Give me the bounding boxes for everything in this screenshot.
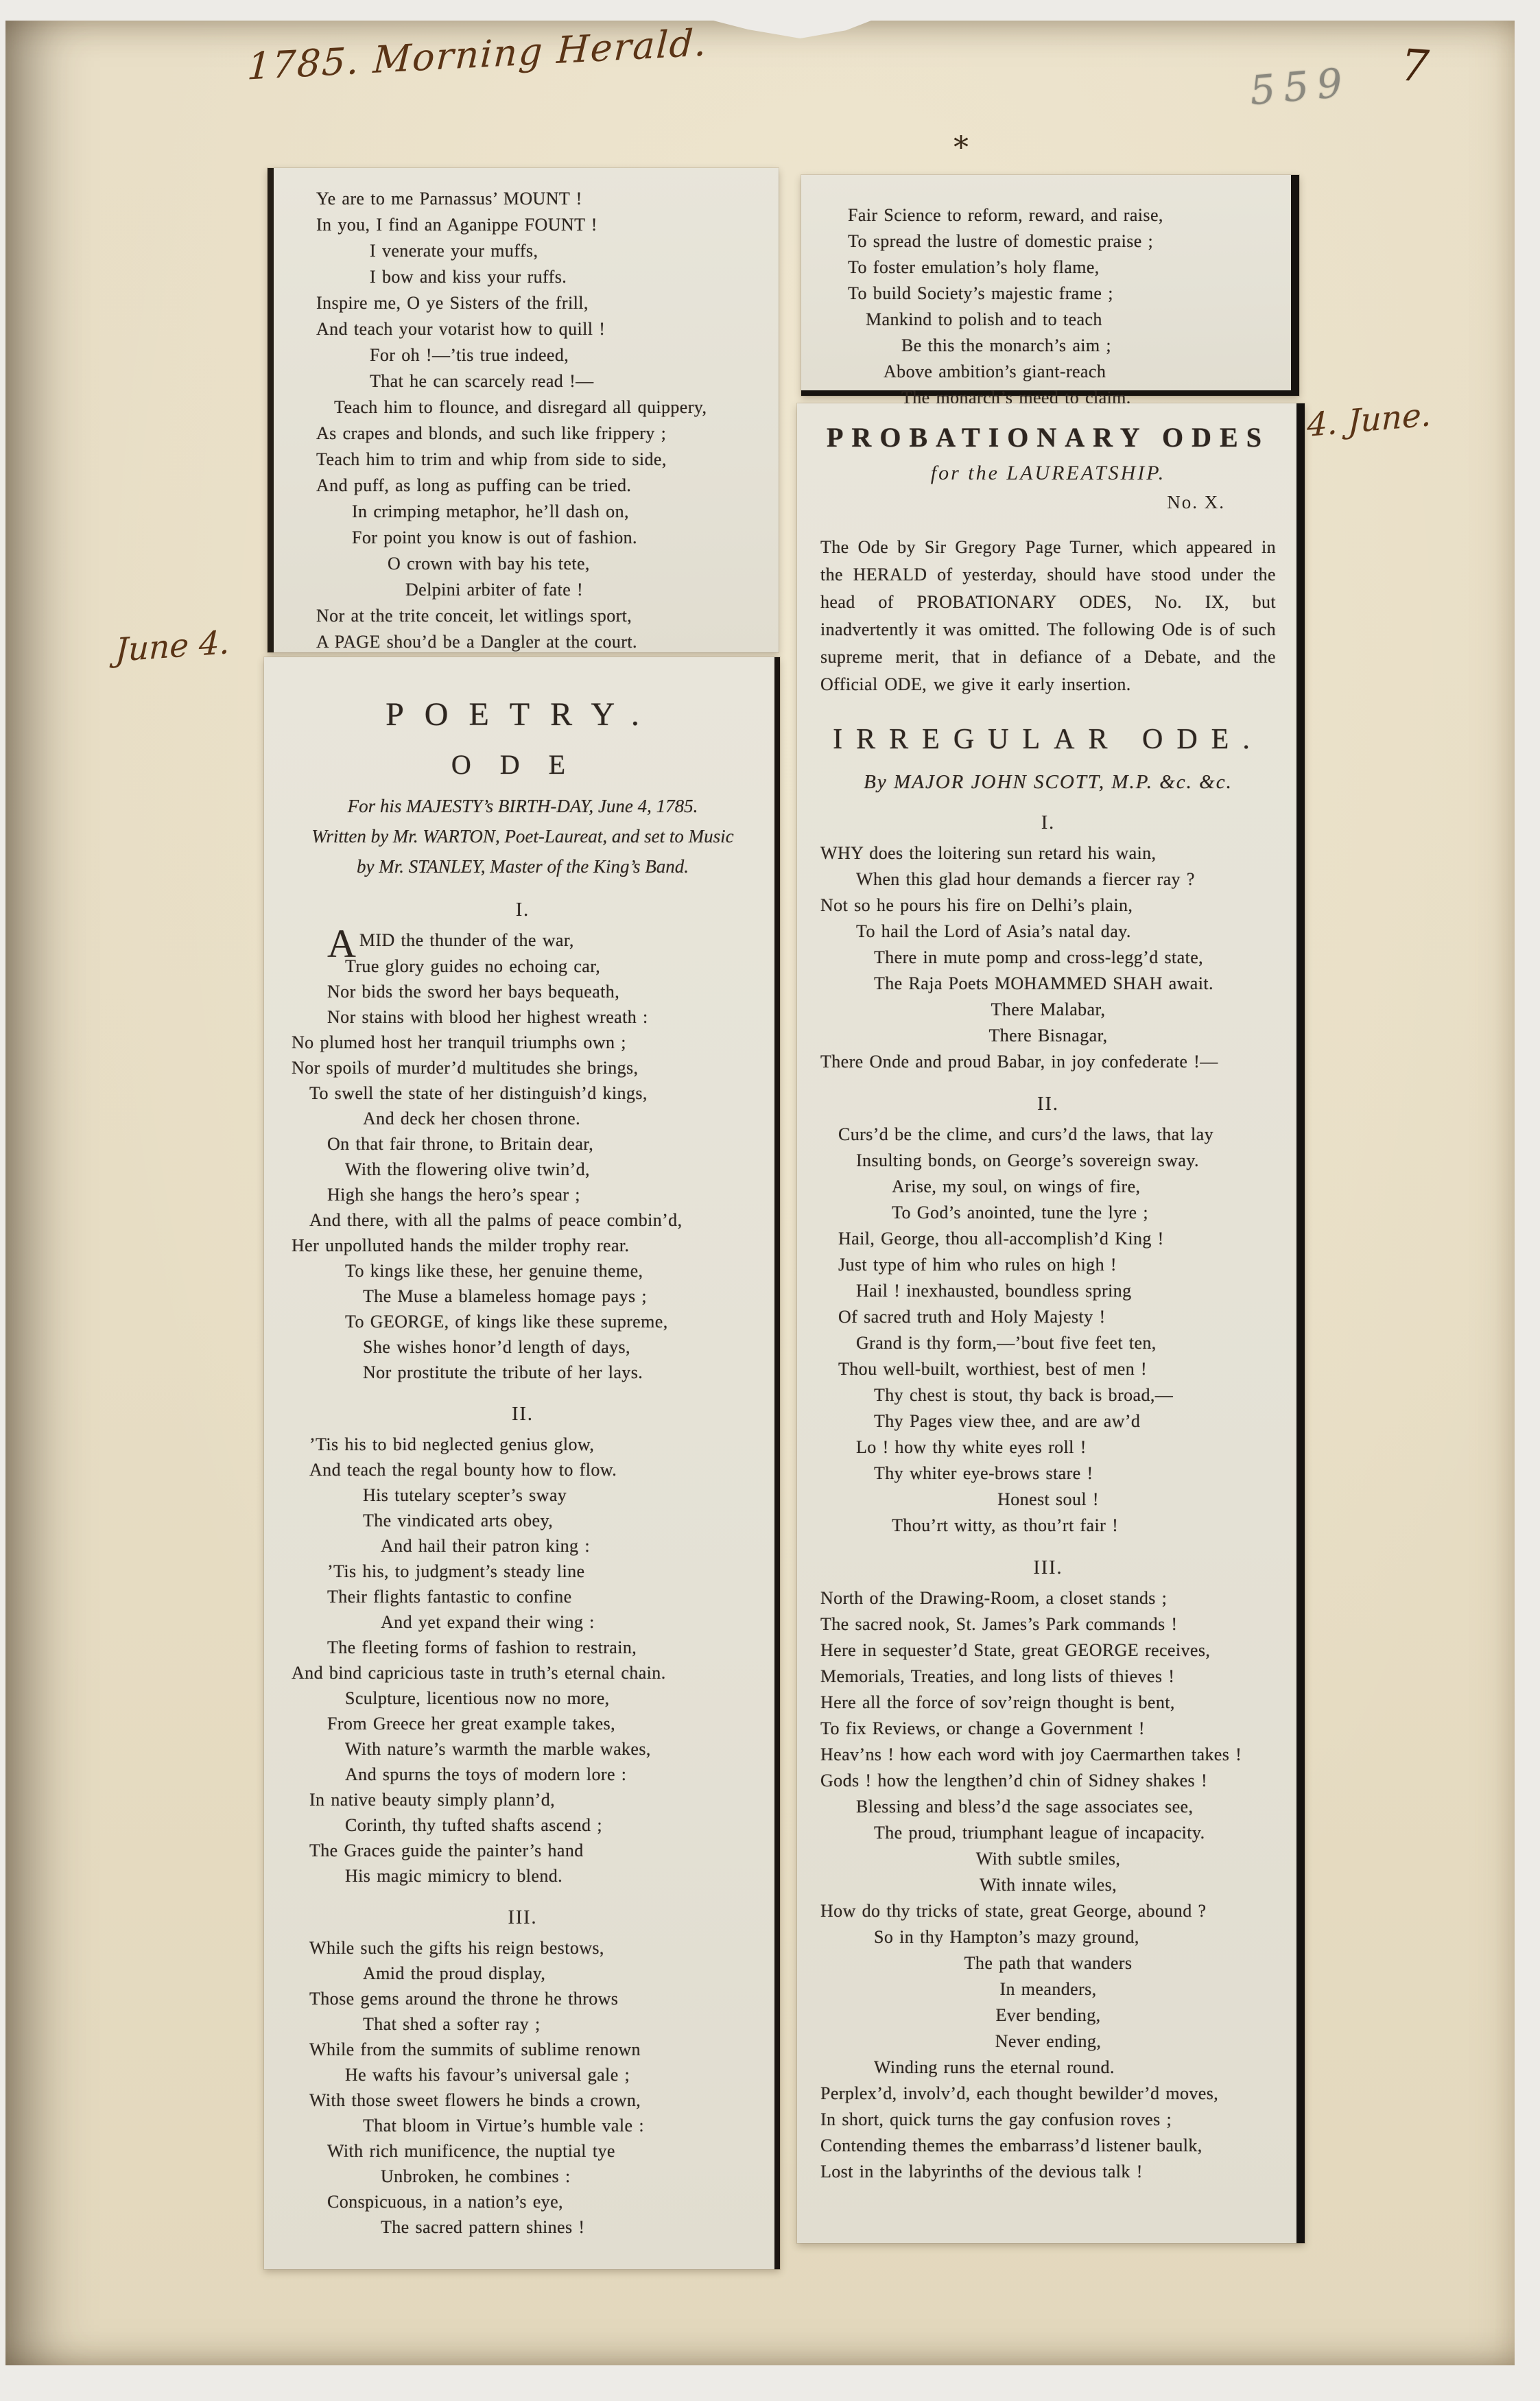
poem-line: With nature’s warmth the marble wakes,: [292, 1736, 754, 1762]
poem-line: With innate wiles,: [820, 1872, 1276, 1898]
poem-line: Mankind to polish and to teach: [830, 307, 1291, 333]
poem-line: Delpini arbiter of fate !: [298, 577, 779, 603]
poem-line: To swell the state of her distinguish’d …: [292, 1080, 754, 1106]
poem-line: And yet expand their wing :: [292, 1609, 754, 1635]
ode-title: IRREGULAR ODE.: [820, 723, 1276, 756]
poem-line: The vindicated arts obey,: [292, 1508, 754, 1533]
poem-line: There in mute pomp and cross-legg’d stat…: [820, 945, 1276, 971]
poem-line: Teach him to trim and whip from side to …: [298, 447, 779, 473]
clipping-fair-science-poem: Fair Science to reform, reward, and rais…: [801, 175, 1299, 396]
clipping-subtitle: for the LAUREATSHIP.: [820, 462, 1276, 485]
poem-line: And hail their patron king :: [292, 1533, 754, 1559]
poem-line: And puff, as long as puffing can be trie…: [298, 473, 779, 499]
poem-line: Nor prostitute the tribute of her lays.: [292, 1360, 754, 1385]
poem-line: Contending themes the embarrass’d listen…: [820, 2133, 1276, 2159]
poem-line: His magic mimicry to blend.: [292, 1863, 754, 1889]
poem-line: Never ending,: [820, 2029, 1276, 2055]
poem-line: Winding runs the eternal round.: [820, 2055, 1276, 2081]
poem-line: And deck her chosen throne.: [292, 1106, 754, 1131]
poem-line: The Muse a blameless homage pays ;: [292, 1284, 754, 1309]
poem-line: AMID the thunder of the war,: [292, 927, 754, 954]
poem-line: Grand is thy form,—’bout five feet ten,: [820, 1330, 1276, 1356]
poem-line: Ye are to me Parnassus’ MOUNT !: [298, 186, 779, 212]
scrapbook-scan: { "annotations": { "year_title": "1785. …: [0, 0, 1540, 2401]
poem-line: Memorials, Treaties, and long lists of t…: [820, 1664, 1276, 1690]
poem-line: Hail, George, thou all-accomplish’d King…: [820, 1226, 1276, 1252]
poem-line: High she hangs the hero’s spear ;: [292, 1182, 754, 1207]
poem-line: Nor stains with blood her highest wreath…: [292, 1004, 754, 1030]
poem-line: Inspire me, O ye Sisters of the frill,: [298, 290, 779, 316]
poem-line: With subtle smiles,: [820, 1846, 1276, 1872]
poem-line: To spread the lustre of domestic praise …: [830, 228, 1291, 255]
clipping-parnassus-poem: Ye are to me Parnassus’ MOUNT !In you, I…: [268, 168, 779, 652]
poem-line: Teach him to flounce, and disregard all …: [298, 394, 779, 421]
poem-line: Corinth, thy tufted shafts ascend ;: [292, 1812, 754, 1838]
stanza-label: II.: [820, 1094, 1276, 1115]
poem-line: There Malabar,: [820, 997, 1276, 1023]
poem-line: Ever bending,: [820, 2002, 1276, 2029]
poem-line: The sacred nook, St. James’s Park comman…: [820, 1611, 1276, 1637]
poem-line: With the flowering olive twin’d,: [292, 1157, 754, 1182]
ode-number: No. X.: [820, 492, 1276, 513]
poem-line: There Bisnagar,: [820, 1023, 1276, 1049]
poem-line: Her unpolluted hands the milder trophy r…: [292, 1233, 754, 1258]
poem-line: Of sacred truth and Holy Majesty !: [820, 1304, 1276, 1330]
poem-line: I bow and kiss your ruffs.: [298, 264, 779, 290]
poem-line: Lo ! how thy white eyes roll !: [820, 1434, 1276, 1460]
poem-line: Nor spoils of murder’d multitudes she br…: [292, 1055, 754, 1080]
ode-stanzas: I.AMID the thunder of the war,True glory…: [292, 900, 754, 2240]
poem-line: Lost in the labyrinths of the devious ta…: [820, 2159, 1276, 2185]
poem-line: She wishes honor’d length of days,: [292, 1334, 754, 1360]
poem-line: His tutelary scepter’s sway: [292, 1482, 754, 1508]
stanza-label: III.: [292, 1908, 754, 1928]
poem-line: Be this the monarch’s aim ;: [830, 333, 1291, 359]
poem-line: Here all the force of sov’reign thought …: [820, 1690, 1276, 1716]
poem-line: Gods ! how the lengthen’d chin of Sidney…: [820, 1768, 1276, 1794]
poem-line: Fair Science to reform, reward, and rais…: [830, 202, 1291, 228]
poem-line: With rich munificence, the nuptial tye: [292, 2138, 754, 2164]
poem-line: Thou well-built, worthiest, best of men …: [820, 1356, 1276, 1382]
poem-line: Their flights fantastic to confine: [292, 1584, 754, 1609]
poem-line: And teach your votarist how to quill !: [298, 316, 779, 342]
poem-line: Honest soul !: [820, 1487, 1276, 1513]
poem-line: ’Tis his, to judgment’s steady line: [292, 1559, 754, 1584]
poem-line: A PAGE shou’d be a Dangler at the court.: [298, 629, 779, 655]
poem-line: The sacred pattern shines !: [292, 2214, 754, 2240]
poem-lines: Ye are to me Parnassus’ MOUNT !In you, I…: [298, 186, 779, 655]
poem-line: Conspicuous, in a nation’s eye,: [292, 2189, 754, 2214]
poem-line: Sculpture, licentious now no more,: [292, 1686, 754, 1711]
clipping-poetry-ode: POETRY. ODE For his MAJESTY’s BIRTH-DAY,…: [264, 657, 780, 2269]
poem-line: On that fair throne, to Britain dear,: [292, 1131, 754, 1157]
poem-line: Not so he pours his fire on Delhi’s plai…: [820, 892, 1276, 919]
poem-line: No plumed host her tranquil triumphs own…: [292, 1030, 754, 1055]
poem-line: The Raja Poets MOHAMMED SHAH await.: [820, 971, 1276, 997]
poem-line: As crapes and blonds, and such like frip…: [298, 421, 779, 447]
poem-line: Perplex’d, involv’d, each thought bewild…: [820, 2081, 1276, 2107]
poem-line: Thou’rt witty, as thou’rt fair !: [820, 1513, 1276, 1539]
poem-line: Above ambition’s giant-reach: [830, 359, 1291, 385]
dedication-line: Written by Mr. WARTON, Poet-Laureat, and…: [292, 822, 754, 851]
poem-line: That shed a softer ray ;: [292, 2011, 754, 2037]
poem-line: In you, I find an Aganippe FOUNT !: [298, 212, 779, 238]
poem-line: Arise, my soul, on wings of fire,: [820, 1174, 1276, 1200]
poem-line: How do thy tricks of state, great George…: [820, 1898, 1276, 1924]
poem-line: Just type of him who rules on high !: [820, 1252, 1276, 1278]
poem-line: When this glad hour demands a fiercer ra…: [820, 866, 1276, 892]
poem-line: To GEORGE, of kings like these supreme,: [292, 1309, 754, 1334]
poem-line: In crimping metaphor, he’ll dash on,: [298, 499, 779, 525]
poem-line: And spurns the toys of modern lore :: [292, 1762, 754, 1787]
poem-line: The fleeting forms of fashion to restrai…: [292, 1635, 754, 1660]
poem-line: The Graces guide the painter’s hand: [292, 1838, 754, 1863]
poem-line: ’Tis his to bid neglected genius glow,: [292, 1432, 754, 1457]
poem-line: Nor at the trite conceit, let witlings s…: [298, 603, 779, 629]
poem-line: The path that wanders: [820, 1950, 1276, 1976]
folio-number-ink: 7: [1399, 40, 1430, 93]
poem-line: And teach the regal bounty how to flow.: [292, 1457, 754, 1482]
poem-line: For oh !—’tis true indeed,: [298, 342, 779, 368]
poem-line: Insulting bonds, on George’s sovereign s…: [820, 1148, 1276, 1174]
poem-line: WHY does the loitering sun retard his wa…: [820, 840, 1276, 866]
poem-line: Blessing and bless’d the sage associates…: [820, 1794, 1276, 1820]
clipping-title: PROBATIONARY ODES: [820, 421, 1276, 453]
poem-line: Hail ! inexhausted, boundless spring: [820, 1278, 1276, 1304]
poem-line: Curs’d be the clime, and curs’d the laws…: [820, 1122, 1276, 1148]
poem-line: Unbroken, he combines :: [292, 2164, 754, 2189]
editorial-intro: The Ode by Sir Gregory Page Turner, whic…: [820, 534, 1276, 698]
poem-line: To hail the Lord of Asia’s natal day.: [820, 919, 1276, 945]
poem-line: To foster emulation’s holy flame,: [830, 255, 1291, 281]
poem-line: Heav’ns ! how each word with joy Caermar…: [820, 1742, 1276, 1768]
poem-line: And bind capricious taste in truth’s ete…: [292, 1660, 754, 1686]
stanza-label: I.: [820, 813, 1276, 833]
poem-line: Here in sequester’d State, great GEORGE …: [820, 1637, 1276, 1664]
poem-line: While such the gifts his reign bestows,: [292, 1935, 754, 1961]
poem-line: In meanders,: [820, 1976, 1276, 2002]
ode-word: ODE: [292, 748, 754, 781]
poem-line: Thy whiter eye-brows stare !: [820, 1460, 1276, 1487]
poem-line: Nor bids the sword her bays bequeath,: [292, 979, 754, 1004]
poem-line: While from the summits of sublime renown: [292, 2037, 754, 2062]
poem-line: True glory guides no echoing car,: [292, 954, 754, 979]
poem-line: North of the Drawing-Room, a closet stan…: [820, 1585, 1276, 1611]
poem-line: To kings like these, her genuine theme,: [292, 1258, 754, 1284]
poem-line: For point you know is out of fashion.: [298, 525, 779, 551]
poem-line: Amid the proud display,: [292, 1961, 754, 1986]
stanza-label: II.: [292, 1404, 754, 1425]
poem-line: O crown with bay his tete,: [298, 551, 779, 577]
dedication-line: by Mr. STANLEY, Master of the King’s Ban…: [292, 852, 754, 881]
poem-line: That he can scarcely read !—: [298, 368, 779, 394]
poem-line: There Onde and proud Babar, in joy confe…: [820, 1049, 1276, 1075]
poem-line: So in thy Hampton’s mazy ground,: [820, 1924, 1276, 1950]
poem-line: To God’s anointed, tune the lyre ;: [820, 1200, 1276, 1226]
poem-line: And there, with all the palms of peace c…: [292, 1207, 754, 1233]
margin-date-left: June 4.: [115, 624, 230, 670]
poem-line: Those gems around the throne he throws: [292, 1986, 754, 2011]
ode-byline: By MAJOR JOHN SCOTT, M.P. &c. &c.: [820, 771, 1276, 794]
poem-line: To build Society’s majestic frame ;: [830, 281, 1291, 307]
stanza-label: I.: [292, 900, 754, 921]
poem-line: In native beauty simply plann’d,: [292, 1787, 754, 1812]
poem-line: In short, quick turns the gay confusion …: [820, 2107, 1276, 2133]
section-title: POETRY.: [292, 696, 754, 733]
poem-line: Thy Pages view thee, and are aw’d: [820, 1408, 1276, 1434]
poem-line: From Greece her great example takes,: [292, 1711, 754, 1736]
stanza-label: III.: [820, 1558, 1276, 1578]
ode-stanzas: I.WHY does the loitering sun retard his …: [820, 813, 1276, 2185]
poem-line: I venerate your muffs,: [298, 238, 779, 264]
ink-mark: *: [953, 130, 969, 165]
dedication-line: For his MAJESTY’s BIRTH-DAY, June 4, 178…: [292, 792, 754, 820]
poem-line: Thy chest is stout, thy back is broad,—: [820, 1382, 1276, 1408]
poem-lines: Fair Science to reform, reward, and rais…: [830, 202, 1291, 411]
poem-line: With those sweet flowers he binds a crow…: [292, 2087, 754, 2113]
poem-line: To fix Reviews, or change a Government !: [820, 1716, 1276, 1742]
poem-line: That bloom in Virtue’s humble vale :: [292, 2113, 754, 2138]
folio-number-pencil: 559: [1248, 59, 1352, 115]
poem-line: The proud, triumphant league of incapaci…: [820, 1820, 1276, 1846]
clipping-probationary-odes: PROBATIONARY ODES for the LAUREATSHIP. N…: [797, 403, 1305, 2243]
poem-line: He wafts his favour’s universal gale ;: [292, 2062, 754, 2087]
